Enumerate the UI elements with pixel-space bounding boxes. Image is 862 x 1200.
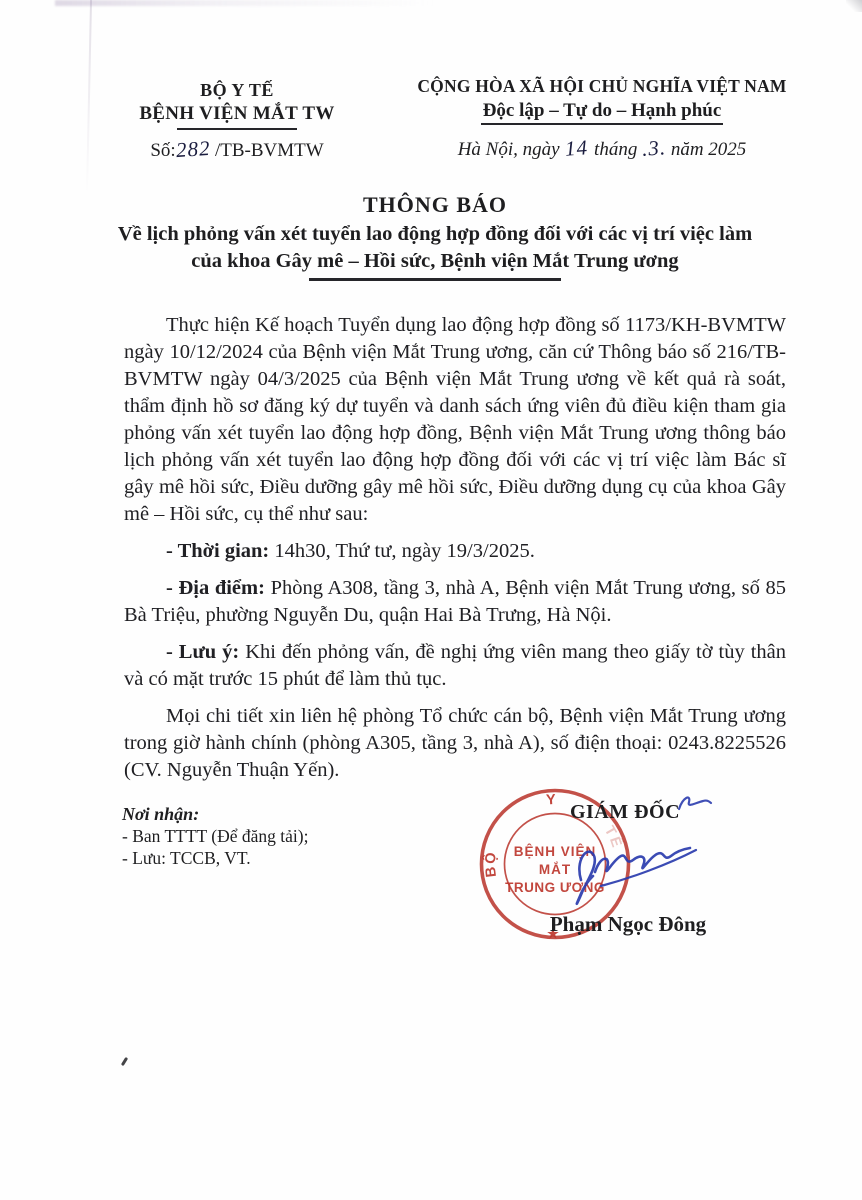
national-motto-line2: Độc lập – Tự do – Hạnh phúc bbox=[481, 100, 724, 125]
document-number: Số:282 /TB-BVMTW bbox=[94, 139, 380, 162]
signer-title: GIÁM ĐỐC bbox=[560, 801, 690, 824]
document-body: Thực hiện Kế hoạch Tuyển dụng lao động h… bbox=[124, 312, 786, 784]
recipient-item: - Lưu: TCCB, VT. bbox=[122, 847, 412, 869]
place-label: - Địa điểm: bbox=[166, 577, 265, 599]
title-block: THÔNG BÁO Về lịch phỏng vấn xét tuyển la… bbox=[60, 192, 810, 281]
stamp-arc-text-y: Y bbox=[546, 792, 557, 809]
document-subtitle: Về lịch phỏng vấn xét tuyển lao động hợp… bbox=[60, 221, 810, 275]
header-right-block: CỘNG HÒA XÃ HỘI CHỦ NGHĨA VIỆT NAM Độc l… bbox=[401, 76, 803, 161]
national-motto-line1: CỘNG HÒA XÃ HỘI CHỦ NGHĨA VIỆT NAM bbox=[401, 76, 803, 97]
subtitle-line1: Về lịch phỏng vấn xét tuyển lao động hợp… bbox=[60, 221, 810, 248]
paragraph-note: - Lưu ý: Khi đến phỏng vấn, đề nghị ứng … bbox=[124, 639, 786, 693]
document-number-prefix: Số: bbox=[150, 140, 175, 161]
subtitle-line2: của khoa Gây mê – Hồi sức, Bệnh viện Mắt… bbox=[60, 248, 810, 275]
date-suffix: năm 2025 bbox=[671, 139, 746, 160]
scan-smudge-artifact bbox=[55, 0, 435, 6]
date-month-handwritten: .3. bbox=[641, 137, 666, 160]
recipients-title: Nơi nhận: bbox=[122, 804, 412, 825]
time-value: 14h30, Thứ tư, ngày 19/3/2025. bbox=[269, 540, 535, 562]
recipients-block: Nơi nhận: - Ban TTTT (Để đăng tải); - Lư… bbox=[122, 804, 412, 869]
scan-corner-shade bbox=[846, 0, 862, 12]
scanned-document-page: BỘ Y TẾ BỆNH VIỆN MẮT TW Số:282 /TB-BVMT… bbox=[0, 0, 862, 1200]
director-signature bbox=[571, 838, 707, 930]
document-number-suffix: /TB-BVMTW bbox=[215, 140, 324, 161]
document-number-handwritten: 282 bbox=[175, 138, 211, 161]
organization-name: BỆNH VIỆN MẮT TW bbox=[94, 103, 380, 125]
ink-speck-artifact bbox=[121, 1057, 128, 1066]
paragraph-time: - Thời gian: 14h30, Thứ tư, ngày 19/3/20… bbox=[124, 538, 786, 565]
stamp-center-line2: MẮT bbox=[539, 862, 571, 877]
date-prefix: Hà Nội, ngày bbox=[458, 139, 560, 160]
place-date-line: Hà Nội, ngày 14 tháng .3. năm 2025 bbox=[401, 138, 803, 161]
ministry-name: BỘ Y TẾ bbox=[94, 80, 380, 101]
document-title: THÔNG BÁO bbox=[60, 192, 810, 218]
recipient-item: - Ban TTTT (Để đăng tải); bbox=[122, 825, 412, 847]
time-label: - Thời gian: bbox=[166, 540, 269, 562]
svg-text:Y: Y bbox=[546, 792, 557, 809]
header-left-block: BỘ Y TẾ BỆNH VIỆN MẮT TW Số:282 /TB-BVMT… bbox=[94, 80, 380, 162]
date-mid: tháng bbox=[594, 139, 637, 160]
date-day-handwritten: 14 bbox=[565, 137, 589, 160]
paragraph-contact: Mọi chi tiết xin liên hệ phòng Tổ chức c… bbox=[124, 703, 786, 784]
paragraph-intro: Thực hiện Kế hoạch Tuyển dụng lao động h… bbox=[124, 312, 786, 528]
note-label: - Lưu ý: bbox=[166, 641, 239, 663]
scan-crease-artifact bbox=[86, 0, 92, 195]
paragraph-place: - Địa điểm: Phòng A308, tầng 3, nhà A, B… bbox=[124, 575, 786, 629]
title-underline bbox=[309, 278, 561, 281]
organization-underline bbox=[177, 128, 297, 130]
pen-mark-icon bbox=[676, 792, 714, 816]
